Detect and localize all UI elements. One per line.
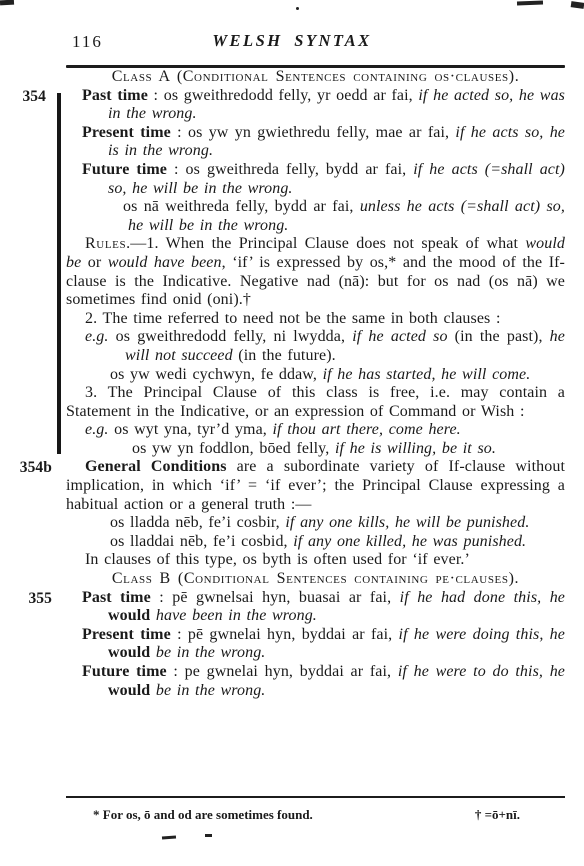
paragraph-rules-2: 2. The time referred to need not be the … [66,310,565,329]
section-354: 354 Past time : os gweithredodd felly, y… [66,87,565,459]
page-number: 116 [72,32,103,52]
paragraph-past-time-354: Past time : os gweithredodd felly, yr oe… [66,87,565,124]
footnote-asterisk: * For os, ō and od are sometimes found. [93,807,313,822]
paragraph-example-kills: os lladda nēb, fe’i cosbir, if any one k… [66,514,565,533]
scan-artifact-top-dot [296,7,299,10]
margin-number-354: 354 [20,88,46,107]
paragraph-rules-3: 3. The Principal Clause of this class is… [66,384,565,421]
paragraph-past-time-355: Past time : pē gwnelsai hyn, buasai ar f… [66,589,565,626]
section-355: 355 Past time : pē gwnelsai hyn, buasai … [66,589,565,701]
paragraph-example-killed: os lladdai nēb, fe’i cosbid, if any one … [66,533,565,552]
scan-artifact-bottom-smudge-1 [162,836,176,840]
class-b-heading: Class B (Conditional Sentences containin… [66,570,565,589]
paragraph-example-2a: e.g. os gweithredodd felly, ni lwydda, i… [66,328,565,365]
text-column: Class A (Conditional Sentences containin… [66,68,565,700]
paragraph-present-time-354: Present time : os yw yn gwiethredu felly… [66,124,565,161]
paragraph-future-negative-354: os nā weithreda felly, bydd ar fai, unle… [66,198,565,235]
paragraph-future-time-354: Future time : os gweithreda felly, bydd … [66,161,565,198]
scan-artifact-top-dash [517,1,543,6]
paragraph-general-conditions: General Conditions are a subordinate var… [66,458,565,514]
footnote-rule [66,796,565,798]
paragraph-in-clauses-note: In clauses of this type, os byth is ofte… [66,551,565,570]
margin-number-355: 355 [28,590,52,609]
class-a-heading: Class A (Conditional Sentences containin… [66,68,565,87]
paragraph-example-2b: os yw wedi cychwyn, fe ddaw, if he has s… [66,366,565,385]
scan-artifact-top-left [0,0,14,5]
footnote-dagger: † =ō+nī. [475,807,520,822]
scan-artifact-bottom-smudge-2 [205,834,212,837]
paragraph-example-3a: e.g. os wyt yna, tyr’d yma, if thou art … [66,421,565,440]
section-354b: 354b General Conditions are a subordinat… [66,458,565,570]
paragraph-rules-1: Rules.—1. When the Principal Clause does… [66,235,565,309]
paragraph-example-3b: os yw yn foddlon, bōed felly, if he is w… [66,440,565,459]
footnote-block: * For os, ō and od are sometimes found. … [66,796,565,822]
marginal-change-bar [57,93,61,455]
paragraph-future-time-355: Future time : pe gwnelai hyn, byddai ar … [66,663,565,700]
running-head: 116 WELSH SYNTAX [0,31,584,52]
paragraph-present-time-355: Present time : pē gwnelai hyn, byddai ar… [66,626,565,663]
scan-artifact-top-right [571,1,584,9]
book-page: 116 WELSH SYNTAX Class A (Conditional Se… [0,0,584,866]
margin-number-354b: 354b [17,459,52,478]
